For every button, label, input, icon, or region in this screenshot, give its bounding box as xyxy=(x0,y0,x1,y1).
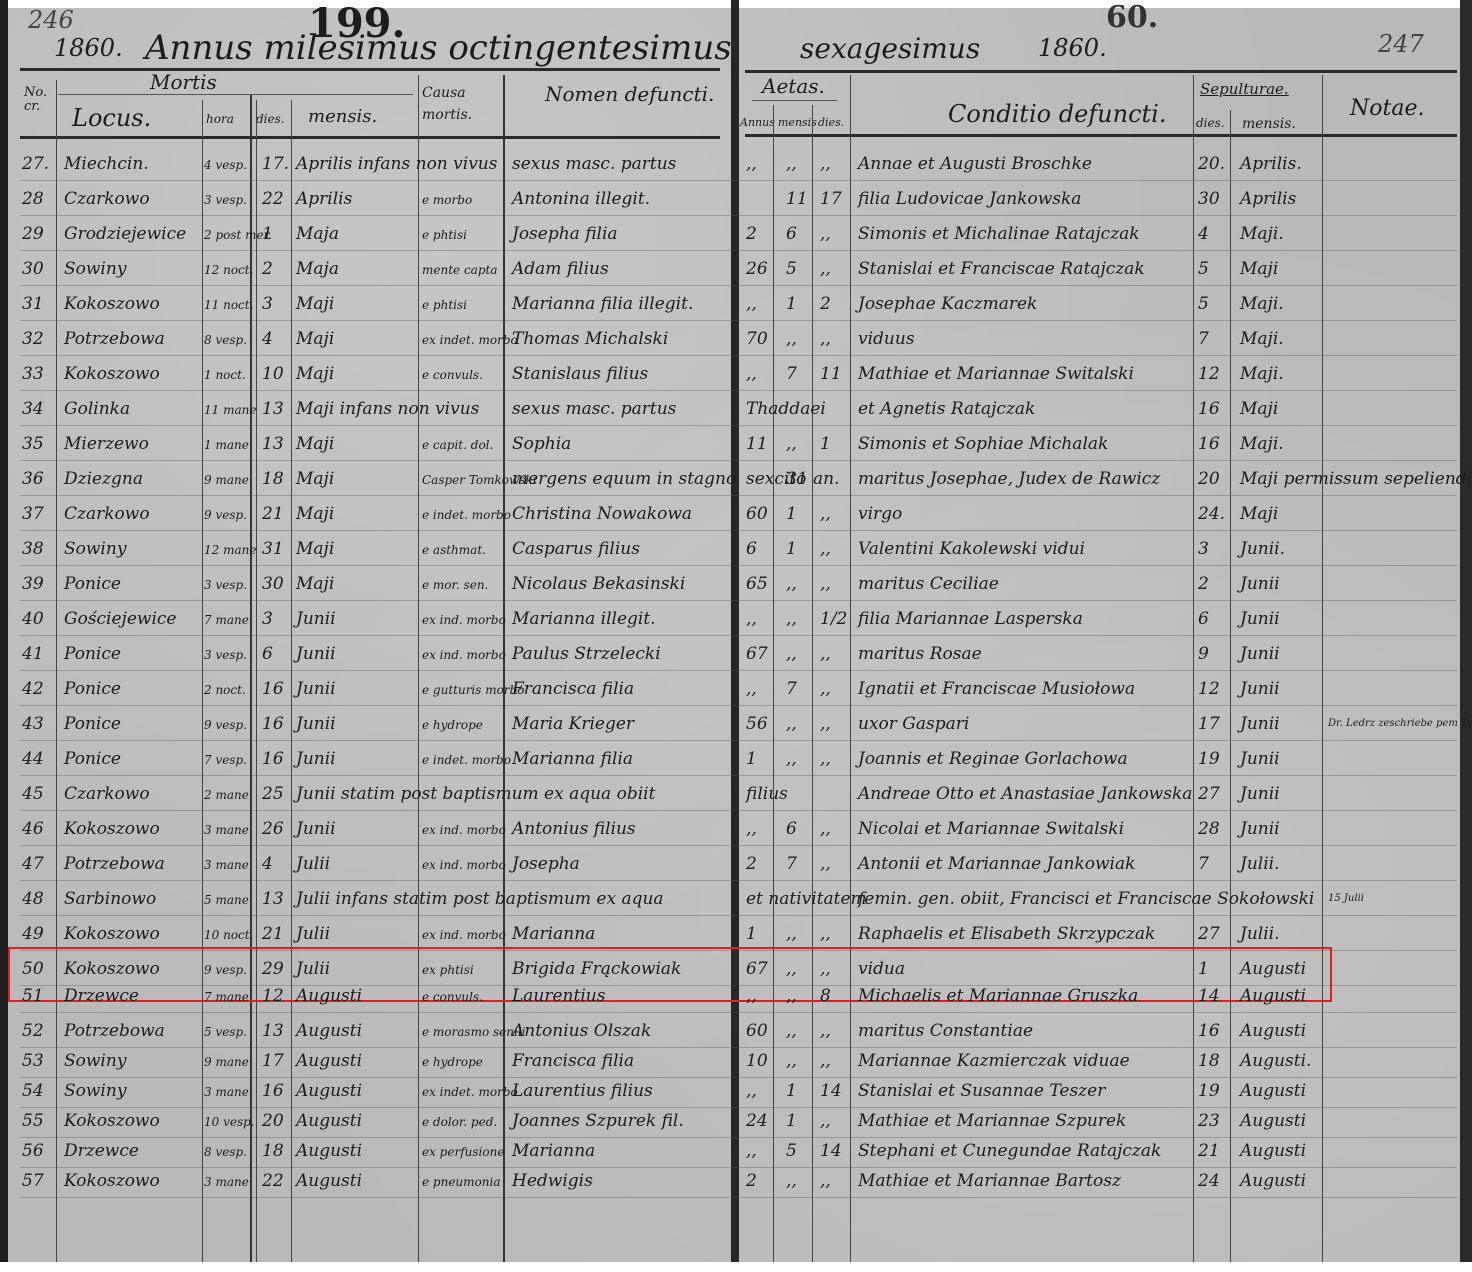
row-32-a-mensis: ,, xyxy=(786,329,797,349)
row-44-a-mensis: ,, xyxy=(786,749,797,769)
row-50-no: 50 xyxy=(22,959,44,979)
row-31-a-dies: 2 xyxy=(820,294,831,314)
col-header-conditio: Conditio defuncti. xyxy=(948,100,1166,128)
row-41-mensis: Junii xyxy=(296,644,336,664)
row-31-locus: Kokoszowo xyxy=(64,294,160,314)
col-line xyxy=(503,75,505,1262)
row-27-s-dies: 20. xyxy=(1198,154,1225,174)
row-ruling xyxy=(20,565,1457,566)
row-52-conditio: maritus Constantiae xyxy=(858,1021,1033,1041)
row-49-a-dies: ,, xyxy=(820,924,831,944)
row-40-dies: 3 xyxy=(262,609,273,629)
row-56-dies: 18 xyxy=(262,1141,284,1161)
row-42-dies: 16 xyxy=(262,679,284,699)
row-42-s-mensis: Junii xyxy=(1240,679,1280,699)
row-42-s-dies: 12 xyxy=(1198,679,1220,699)
col-header-mortis: Mortis xyxy=(150,70,217,94)
header-rule-bottom-right xyxy=(745,134,1457,137)
row-38-a-dies: ,, xyxy=(820,539,831,559)
row-27-locus: Miechcin. xyxy=(64,154,149,174)
row-35-causa: e capit. dol. xyxy=(422,438,493,452)
row-45-hora: 2 mane xyxy=(204,788,249,802)
row-31-s-mensis: Maji. xyxy=(1240,294,1284,314)
year-right: 1860. xyxy=(1038,34,1107,62)
row-39-causa: e mor. sen. xyxy=(422,578,488,592)
row-53-s-dies: 18 xyxy=(1198,1051,1220,1071)
row-42-nomen: Francisca filia xyxy=(512,679,634,699)
row-33-dies: 10 xyxy=(262,364,284,384)
row-57-nomen: Hedwigis xyxy=(512,1171,593,1191)
row-41-no: 41 xyxy=(22,644,44,664)
row-35-nomen: Sophia xyxy=(512,434,571,454)
header-rule-top-right xyxy=(745,70,1457,73)
row-ruling xyxy=(20,600,1457,601)
row-33-no: 33 xyxy=(22,364,44,384)
row-47-no: 47 xyxy=(22,854,44,874)
row-41-a-mensis: ,, xyxy=(786,644,797,664)
row-30-dies: 2 xyxy=(262,259,273,279)
row-ruling xyxy=(20,1077,1457,1078)
row-56-nomen: Marianna xyxy=(512,1141,595,1161)
row-ruling xyxy=(20,1012,1457,1013)
header-rule-top-left xyxy=(20,68,720,71)
row-53-no: 53 xyxy=(22,1051,44,1071)
row-35-dies: 13 xyxy=(262,434,284,454)
row-29-conditio: Simonis et Michalinae Ratajczak xyxy=(858,224,1140,244)
row-32-s-mensis: Maji. xyxy=(1240,329,1284,349)
row-28-locus: Czarkowo xyxy=(64,189,150,209)
row-39-annus: 65 xyxy=(746,574,768,594)
row-ruling xyxy=(20,775,1457,776)
row-53-mensis: Augusti xyxy=(296,1051,362,1071)
row-27-nomen: sexus masc. partus xyxy=(512,154,676,174)
row-36-a-mensis: 31 an. xyxy=(786,469,840,489)
row-44-hora: 7 vesp. xyxy=(204,753,247,767)
row-ruling xyxy=(20,425,1457,426)
row-29-nomen: Josepha filia xyxy=(512,224,618,244)
row-45-annus: filius xyxy=(746,784,788,804)
row-31-dies: 3 xyxy=(262,294,273,314)
row-ruling xyxy=(20,670,1457,671)
row-33-causa: e convuls. xyxy=(422,368,483,382)
row-ruling xyxy=(20,880,1457,881)
col-header-aetas-dies: dies. xyxy=(818,116,844,129)
row-ruling xyxy=(20,740,1457,741)
row-ruling xyxy=(20,250,1457,251)
row-44-conditio: Joannis et Reginae Gorlachowa xyxy=(858,749,1128,769)
row-39-mensis: Maji xyxy=(296,574,334,594)
row-52-s-mensis: Augusti xyxy=(1240,1021,1306,1041)
col-header-sep-mensis: mensis. xyxy=(1242,116,1296,132)
row-41-hora: 3 vesp. xyxy=(204,648,247,662)
row-ruling xyxy=(20,1047,1457,1048)
row-49-causa: ex ind. morbo xyxy=(422,928,506,942)
row-32-a-dies: ,, xyxy=(820,329,831,349)
row-51-nomen: Laurentius xyxy=(512,986,605,1006)
col-header-aetas: Aetas. xyxy=(762,74,825,98)
header-rule-bottom-left xyxy=(20,136,720,139)
row-ruling xyxy=(20,1197,1457,1198)
row-32-annus: 70 xyxy=(746,329,768,349)
row-43-causa: e hydrope xyxy=(422,718,483,732)
row-47-annus: 2 xyxy=(746,854,757,874)
col-header-sepulturae: Sepulturae. xyxy=(1200,80,1289,98)
row-46-nomen: Antonius filius xyxy=(512,819,636,839)
row-39-hora: 3 vesp. xyxy=(204,578,247,592)
col-header-no: No. cr. xyxy=(24,86,54,114)
row-49-hora: 10 noct. xyxy=(204,928,253,942)
row-32-dies: 4 xyxy=(262,329,273,349)
row-28-mensis: Aprilis xyxy=(296,189,352,209)
col-line xyxy=(291,100,292,1262)
row-55-annus: 24 xyxy=(746,1111,768,1131)
row-42-no: 42 xyxy=(22,679,44,699)
row-38-conditio: Valentini Kakolewski vidui xyxy=(858,539,1085,559)
row-28-conditio: filia Ludovicae Jankowska xyxy=(858,189,1081,209)
row-46-locus: Kokoszowo xyxy=(64,819,160,839)
row-31-a-mensis: 1 xyxy=(786,294,797,314)
row-40-causa: ex ind. morbo xyxy=(422,613,506,627)
row-57-conditio: Mathiae et Mariannae Bartosz xyxy=(858,1171,1121,1191)
col-header-locus: Locus. xyxy=(72,104,151,132)
row-38-dies: 31 xyxy=(262,539,284,559)
row-28-causa: e morbo xyxy=(422,193,472,207)
col-line xyxy=(1230,110,1231,1262)
row-57-a-dies: ,, xyxy=(820,1171,831,1191)
row-44-dies: 16 xyxy=(262,749,284,769)
row-52-dies: 13 xyxy=(262,1021,284,1041)
row-54-causa: ex indet. morbo xyxy=(422,1085,518,1099)
row-35-mensis: Maji xyxy=(296,434,334,454)
row-30-no: 30 xyxy=(22,259,44,279)
row-28-nomen: Antonina illegit. xyxy=(512,189,650,209)
row-30-s-mensis: Maji xyxy=(1240,259,1278,279)
aetas-underline xyxy=(752,100,837,101)
row-40-conditio: filia Mariannae Lasperska xyxy=(858,609,1083,629)
row-33-hora: 1 noct. xyxy=(204,368,246,382)
row-53-a-mensis: ,, xyxy=(786,1051,797,1071)
row-38-hora: 12 mane xyxy=(204,543,256,557)
row-30-locus: Sowiny xyxy=(64,259,126,279)
row-43-a-mensis: ,, xyxy=(786,714,797,734)
row-42-mensis: Junii xyxy=(296,679,336,699)
row-49-s-mensis: Julii. xyxy=(1240,924,1279,944)
row-41-locus: Ponice xyxy=(64,644,121,664)
row-27-a-dies: ,, xyxy=(820,154,831,174)
row-55-nomen: Joannes Szpurek fil. xyxy=(512,1111,684,1131)
row-52-a-dies: ,, xyxy=(820,1021,831,1041)
row-40-s-dies: 6 xyxy=(1198,609,1209,629)
row-35-conditio: Simonis et Sophiae Michalak xyxy=(858,434,1108,454)
row-31-nomen: Marianna filia illegit. xyxy=(512,294,693,314)
row-51-no: 51 xyxy=(22,986,44,1006)
row-39-a-mensis: ,, xyxy=(786,574,797,594)
row-46-dies: 26 xyxy=(262,819,284,839)
row-57-hora: 3 mane xyxy=(204,1175,249,1189)
row-40-a-mensis: ,, xyxy=(786,609,797,629)
row-29-locus: Grodziejewice xyxy=(64,224,186,244)
row-ruling xyxy=(20,180,1457,181)
row-29-a-dies: ,, xyxy=(820,224,831,244)
row-52-s-dies: 16 xyxy=(1198,1021,1220,1041)
row-57-locus: Kokoszowo xyxy=(64,1171,160,1191)
row-33-a-dies: 11 xyxy=(820,364,842,384)
row-39-dies: 30 xyxy=(262,574,284,594)
row-49-annus: 1 xyxy=(746,924,757,944)
row-54-a-mensis: 1 xyxy=(786,1081,797,1101)
row-27-mensis: Aprilis infans non vivus xyxy=(296,154,497,174)
row-49-nomen: Marianna xyxy=(512,924,595,944)
row-28-no: 28 xyxy=(22,189,44,209)
row-56-locus: Drzewce xyxy=(64,1141,139,1161)
row-55-no: 55 xyxy=(22,1111,44,1131)
row-31-conditio: Josephae Kaczmarek xyxy=(858,294,1037,314)
row-50-a-mensis: ,, xyxy=(786,959,797,979)
row-44-s-mensis: Junii xyxy=(1240,749,1280,769)
row-43-s-dies: 17 xyxy=(1198,714,1220,734)
row-46-hora: 3 mane xyxy=(204,823,249,837)
row-33-nomen: Stanislaus filius xyxy=(512,364,648,384)
row-57-s-mensis: Augusti xyxy=(1240,1171,1306,1191)
row-55-a-mensis: 1 xyxy=(786,1111,797,1131)
row-42-a-mensis: 7 xyxy=(786,679,797,699)
col-line xyxy=(256,100,257,1262)
row-54-dies: 16 xyxy=(262,1081,284,1101)
row-32-causa: ex indet. morbo xyxy=(422,333,518,347)
row-30-annus: 26 xyxy=(746,259,768,279)
row-55-dies: 20 xyxy=(262,1111,284,1131)
row-45-s-dies: 27 xyxy=(1198,784,1220,804)
row-57-causa: e pneumonia xyxy=(422,1175,500,1189)
row-39-conditio: maritus Ceciliae xyxy=(858,574,999,594)
row-49-conditio: Raphaelis et Elisabeth Skrzypczak xyxy=(858,924,1155,944)
row-32-conditio: viduus xyxy=(858,329,915,349)
scan-border-right xyxy=(1460,0,1472,1272)
row-45-locus: Czarkowo xyxy=(64,784,150,804)
row-46-causa: ex ind. morbo xyxy=(422,823,506,837)
row-57-no: 57 xyxy=(22,1171,44,1191)
register-page: 246 199. 1860. Annus milesimus octingent… xyxy=(0,0,1472,1272)
row-34-s-dies: 16 xyxy=(1198,399,1220,419)
col-line xyxy=(1322,75,1323,1262)
scan-border-left xyxy=(0,0,8,1272)
col-header-mensis: mensis. xyxy=(308,106,377,127)
col-line xyxy=(418,75,419,1262)
row-55-conditio: Mathiae et Mariannae Szpurek xyxy=(858,1111,1126,1131)
row-33-a-mensis: 7 xyxy=(786,364,797,384)
row-44-no: 44 xyxy=(22,749,44,769)
row-37-locus: Czarkowo xyxy=(64,504,150,524)
row-47-s-dies: 7 xyxy=(1198,854,1209,874)
row-50-s-mensis: Augusti xyxy=(1240,959,1306,979)
row-51-mensis: Augusti xyxy=(296,986,362,1006)
mortis-underline xyxy=(58,94,413,95)
row-27-annus: ,, xyxy=(746,154,757,174)
row-41-s-dies: 9 xyxy=(1198,644,1209,664)
row-55-hora: 10 vesp. xyxy=(204,1115,255,1129)
row-54-nomen: Laurentius filius xyxy=(512,1081,653,1101)
row-29-causa: e phtisi xyxy=(422,228,467,242)
row-48-conditio: femin. gen. obiit, Francisci et Francisc… xyxy=(858,889,1314,909)
row-37-s-mensis: Maji xyxy=(1240,504,1278,524)
row-39-no: 39 xyxy=(22,574,44,594)
row-49-mensis: Julii xyxy=(296,924,330,944)
row-41-conditio: maritus Rosae xyxy=(858,644,982,664)
row-31-annus: ,, xyxy=(746,294,757,314)
row-55-mensis: Augusti xyxy=(296,1111,362,1131)
row-31-hora: 11 noct. xyxy=(204,298,253,312)
row-51-causa: e convuls. xyxy=(422,990,483,1004)
row-32-s-dies: 7 xyxy=(1198,329,1209,349)
row-46-s-dies: 28 xyxy=(1198,819,1220,839)
row-51-hora: 7 mane xyxy=(204,990,249,1004)
row-42-locus: Ponice xyxy=(64,679,121,699)
row-37-mensis: Maji xyxy=(296,504,334,524)
row-42-annus: ,, xyxy=(746,679,757,699)
row-37-conditio: virgo xyxy=(858,504,902,524)
row-37-annus: 60 xyxy=(746,504,768,524)
row-54-s-mensis: Augusti xyxy=(1240,1081,1306,1101)
row-ruling xyxy=(20,460,1457,461)
row-29-dies: 1 xyxy=(262,224,273,244)
row-29-no: 29 xyxy=(22,224,44,244)
row-47-conditio: Antonii et Mariannae Jankowiak xyxy=(858,854,1135,874)
row-30-conditio: Stanislai et Franciscae Ratajczak xyxy=(858,259,1145,279)
row-38-nomen: Casparus filius xyxy=(512,539,640,559)
row-46-mensis: Junii xyxy=(296,819,336,839)
row-28-s-dies: 30 xyxy=(1198,189,1220,209)
row-47-nomen: Josepha xyxy=(512,854,580,874)
col-header-notae: Notae. xyxy=(1350,96,1424,121)
row-51-conditio: Michaelis et Mariannae Gruszka xyxy=(858,986,1138,1006)
row-38-s-dies: 3 xyxy=(1198,539,1209,559)
row-53-annus: 10 xyxy=(746,1051,768,1071)
row-37-no: 37 xyxy=(22,504,44,524)
row-32-hora: 8 vesp. xyxy=(204,333,247,347)
row-49-no: 49 xyxy=(22,924,44,944)
row-49-s-dies: 27 xyxy=(1198,924,1220,944)
row-52-nomen: Antonius Olszak xyxy=(512,1021,651,1041)
row-35-hora: 1 mane xyxy=(204,438,249,452)
row-ruling xyxy=(20,1107,1457,1108)
book-gutter xyxy=(731,0,739,1262)
row-39-s-dies: 2 xyxy=(1198,574,1209,594)
row-48-no: 48 xyxy=(22,889,44,909)
row-36-dies: 18 xyxy=(262,469,284,489)
row-52-annus: 60 xyxy=(746,1021,768,1041)
row-50-s-dies: 1 xyxy=(1198,959,1209,979)
row-31-mensis: Maji xyxy=(296,294,334,314)
row-53-causa: e hydrope xyxy=(422,1055,483,1069)
col-line xyxy=(812,105,813,1262)
row-44-nomen: Marianna filia xyxy=(512,749,633,769)
row-52-mensis: Augusti xyxy=(296,1021,362,1041)
row-54-mensis: Augusti xyxy=(296,1081,362,1101)
row-34-no: 34 xyxy=(22,399,44,419)
row-45-conditio: Andreae Otto et Anastasiae Jankowska xyxy=(858,784,1192,804)
row-50-mensis: Julii xyxy=(296,959,330,979)
row-35-no: 35 xyxy=(22,434,44,454)
row-34-conditio: et Agnetis Ratajczak xyxy=(858,399,1035,419)
row-30-s-dies: 5 xyxy=(1198,259,1209,279)
row-53-locus: Sowiny xyxy=(64,1051,126,1071)
row-36-nomen: mergens equum in stagno xyxy=(512,469,736,489)
row-34-locus: Golinka xyxy=(64,399,130,419)
row-35-s-mensis: Maji. xyxy=(1240,434,1284,454)
row-56-a-mensis: 5 xyxy=(786,1141,797,1161)
row-41-s-mensis: Junii xyxy=(1240,644,1280,664)
row-51-annus: ,, xyxy=(746,986,757,1006)
row-56-hora: 8 vesp. xyxy=(204,1145,247,1159)
col-line xyxy=(850,75,851,1262)
row-ruling xyxy=(20,1137,1457,1138)
row-57-dies: 22 xyxy=(262,1171,284,1191)
row-36-hora: 9 mane xyxy=(204,473,249,487)
row-35-a-mensis: ,, xyxy=(786,434,797,454)
row-37-s-dies: 24. xyxy=(1198,504,1225,524)
row-38-annus: 6 xyxy=(746,539,757,559)
row-51-a-mensis: ,, xyxy=(786,986,797,1006)
row-34-hora: 11 mane xyxy=(204,403,256,417)
row-47-causa: ex ind. morbo xyxy=(422,858,506,872)
row-43-nomen: Maria Krieger xyxy=(512,714,634,734)
row-33-locus: Kokoszowo xyxy=(64,364,160,384)
row-50-annus: 67 xyxy=(746,959,768,979)
row-32-mensis: Maji xyxy=(296,329,334,349)
row-43-notae: Dr. Ledrz zeschriebe pem Testament Kreis… xyxy=(1328,718,1472,729)
row-34-dies: 13 xyxy=(262,399,284,419)
row-32-nomen: Thomas Michalski xyxy=(512,329,668,349)
row-43-mensis: Junii xyxy=(296,714,336,734)
row-45-mensis: Junii statim post baptismum ex aqua obii… xyxy=(296,784,655,804)
row-28-a-dies: 17 xyxy=(820,189,842,209)
row-ruling xyxy=(20,845,1457,846)
row-27-a-mensis: ,, xyxy=(786,154,797,174)
row-54-s-dies: 19 xyxy=(1198,1081,1220,1101)
row-47-a-dies: ,, xyxy=(820,854,831,874)
row-ruling xyxy=(20,530,1457,531)
row-36-mensis: Maji xyxy=(296,469,334,489)
row-39-a-dies: ,, xyxy=(820,574,831,594)
row-37-a-mensis: 1 xyxy=(786,504,797,524)
row-33-annus: ,, xyxy=(746,364,757,384)
row-30-a-mensis: 5 xyxy=(786,259,797,279)
row-43-s-mensis: Junii xyxy=(1240,714,1280,734)
row-57-annus: 2 xyxy=(746,1171,757,1191)
row-53-nomen: Francisca filia xyxy=(512,1051,634,1071)
row-41-dies: 6 xyxy=(262,644,273,664)
row-39-locus: Ponice xyxy=(64,574,121,594)
row-46-conditio: Nicolai et Mariannae Switalski xyxy=(858,819,1124,839)
row-48-annus: et nativitatem xyxy=(746,889,867,909)
row-40-hora: 7 mane xyxy=(204,613,249,627)
row-42-a-dies: ,, xyxy=(820,679,831,699)
row-29-annus: 2 xyxy=(746,224,757,244)
row-36-s-mensis: Maji permissum sepeliendi dedit xyxy=(1240,469,1472,489)
row-33-conditio: Mathiae et Mariannae Switalski xyxy=(858,364,1134,384)
row-50-causa: ex phtisi xyxy=(422,963,474,977)
row-50-dies: 29 xyxy=(262,959,284,979)
row-56-a-dies: 14 xyxy=(820,1141,842,1161)
col-line xyxy=(1193,75,1194,1262)
row-40-s-mensis: Junii xyxy=(1240,609,1280,629)
page-number-left: 246 xyxy=(28,6,74,34)
row-ruling xyxy=(20,950,1457,951)
row-ruling xyxy=(20,390,1457,391)
row-50-locus: Kokoszowo xyxy=(64,959,160,979)
row-33-s-mensis: Maji. xyxy=(1240,364,1284,384)
row-31-no: 31 xyxy=(22,294,44,314)
